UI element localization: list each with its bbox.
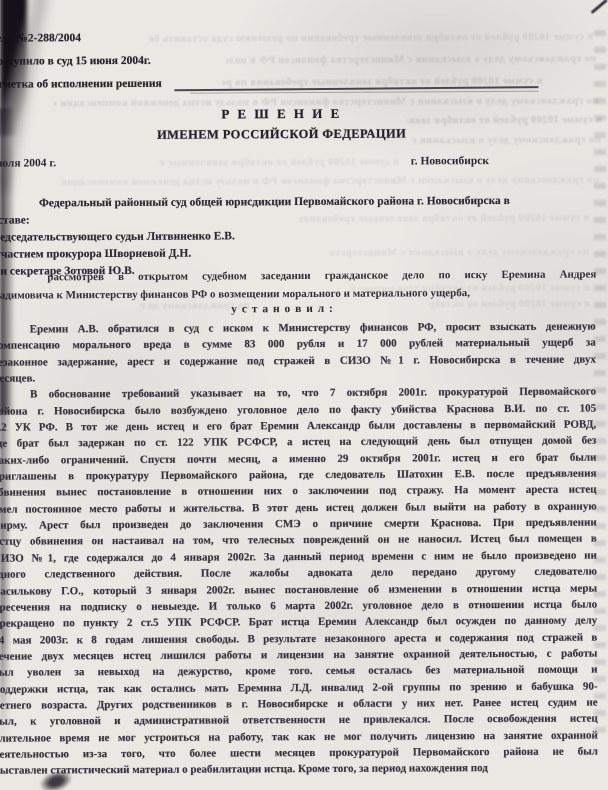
right-edge-bleed-column bbox=[594, 30, 606, 740]
decision-body-block: Еремин А.В. обратился в суд с иском к Ми… bbox=[0, 318, 598, 779]
bleedthrough-text: в сумме 10200 рублей от октября заявленн… bbox=[159, 157, 399, 171]
text-line: рассмотрев в открытом судебном заседании… bbox=[0, 266, 596, 287]
in-the-name-title: ИМЕНЕМ РОССИЙСКОЙ ФЕДЕРАЦИИ bbox=[0, 126, 565, 144]
scan-edge-shadow-middle bbox=[0, 108, 15, 413]
decision-title-block: Р Е Ш Е Н И Е ИМЕНЕМ РОССИЙСКОЙ ФЕДЕРАЦИ… bbox=[0, 105, 565, 144]
case-description-block: рассмотрев в открытом судебном заседании… bbox=[0, 266, 597, 304]
document-content: в сумме 10200 рублей от октября заявленн… bbox=[0, 0, 608, 790]
body-text-line: незаконное задержание, арест и содержани… bbox=[0, 351, 596, 371]
decision-city: г. Новосибирск bbox=[411, 155, 489, 167]
ustanovil-heading: у с т а н о в и л : bbox=[0, 302, 566, 317]
scan-edge-shadow-bottom bbox=[0, 380, 11, 745]
bleedthrough-text: по гражданскому делу о взыскании с Минис… bbox=[59, 174, 599, 190]
decision-title: Р Е Ш Е Н И Е bbox=[0, 105, 565, 124]
scanned-court-decision-page: в сумме 10200 рублей от октября заявленн… bbox=[0, 0, 608, 790]
text-line: Федеральный районный суд общей юрисдикци… bbox=[0, 193, 587, 213]
execution-mark-underline-faint bbox=[190, 91, 538, 94]
bleedthrough-text: по гражданскому делу о взыскании с Минис… bbox=[226, 53, 596, 68]
body-text-line: выставлен статистический материал о реаб… bbox=[0, 760, 598, 780]
bleedthrough-text: в сумме 10200 рублей от октября заявленн… bbox=[148, 31, 593, 46]
